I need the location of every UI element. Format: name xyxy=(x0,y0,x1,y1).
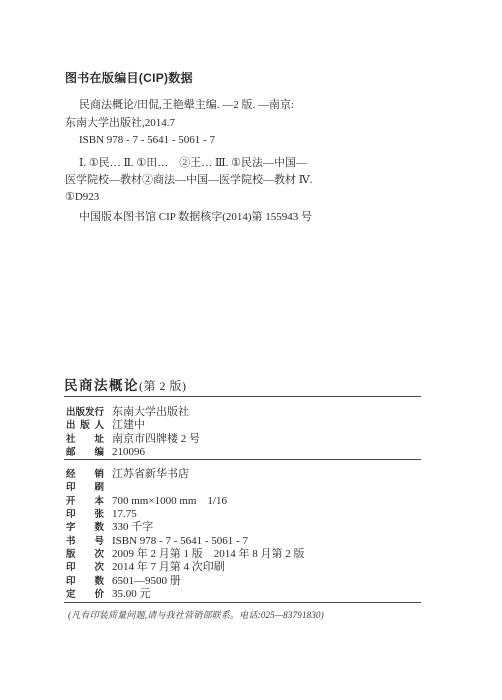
info-value: 17.75 xyxy=(112,508,137,520)
cip-classification-line2: 医学院校—教材②商法—中国—医学院校—教材 Ⅳ. xyxy=(65,172,450,189)
cip-description-line1: 民商法概论/田侃,王艳翚主编. —2 版. —南京: xyxy=(65,97,450,114)
info-row-postcode: 邮编210096 xyxy=(66,444,438,457)
cip-section: 图书在版编目(CIP)数据 民商法概论/田侃,王艳翚主编. —2 版. —南京:… xyxy=(65,70,450,226)
cip-record-number: 中国版本图书馆 CIP 数据核字(2014)第 155943 号 xyxy=(65,209,450,226)
info-row-publisher: 出版发行东南大学出版社 xyxy=(66,404,438,417)
cip-classification-line1: Ⅰ. ①民… Ⅱ. ①田… ②王… Ⅲ. ①民法—中国— xyxy=(65,155,450,172)
divider-bottom xyxy=(64,602,421,603)
info-value: 2009 年 2 月第 1 版 2014 年 8 月第 2 版 xyxy=(112,548,305,560)
copyright-page: 图书在版编目(CIP)数据 民商法概论/田侃,王艳翚主编. —2 版. —南京:… xyxy=(0,0,502,700)
info-row-address: 社址南京市四牌楼 2 号 xyxy=(66,431,438,444)
info-row-distributor: 经销江苏省新华书店 xyxy=(66,466,438,479)
book-title: 民商法概论(第 2 版) xyxy=(64,374,187,395)
info-value: 东南大学出版社 xyxy=(112,406,189,418)
info-value: 江建中 xyxy=(112,419,145,431)
info-row-format: 开本700 mm×1000 mm 1/16 xyxy=(66,493,438,506)
info-value: 700 mm×1000 mm 1/16 xyxy=(112,495,227,507)
book-title-edition: (第 2 版) xyxy=(139,379,187,393)
info-value: 江苏省新华书店 xyxy=(112,468,189,480)
book-title-main: 民商法概论 xyxy=(64,378,139,393)
divider-top xyxy=(64,396,421,397)
info-row-impression: 印次2014 年 7 月第 4 次印刷 xyxy=(66,559,438,572)
publisher-info-group: 出版发行东南大学出版社 出版人江建中 社址南京市四牌楼 2 号 邮编210096 xyxy=(66,404,438,457)
info-row-isbn: 书号ISBN 978 - 7 - 5641 - 5061 - 7 xyxy=(66,533,438,546)
cip-classification-line3: ①D923 xyxy=(65,189,450,206)
info-row-edition: 版次2009 年 2 月第 1 版 2014 年 8 月第 2 版 xyxy=(66,546,438,559)
quality-notice: (凡有印装质量问题,请与我社营销部联系。电话:025—83791830) xyxy=(68,608,324,621)
info-value: 6501—9500 册 xyxy=(112,575,181,587)
info-value: 2014 年 7 月第 4 次印刷 xyxy=(112,561,225,573)
info-label: 邮编 xyxy=(66,446,104,459)
info-value: 330 千字 xyxy=(112,521,153,533)
info-row-price: 定价35.00 元 xyxy=(66,586,438,599)
divider-middle xyxy=(64,459,421,460)
info-value: 南京市四牌楼 2 号 xyxy=(112,433,200,445)
info-value: 210096 xyxy=(112,446,145,458)
cip-description-line2: 东南大学出版社,2014.7 xyxy=(65,115,450,132)
printing-info-group: 经销江苏省新华书店 印刷 开本700 mm×1000 mm 1/16 印张17.… xyxy=(66,466,438,599)
info-row-publisher-person: 出版人江建中 xyxy=(66,417,438,430)
info-value: ISBN 978 - 7 - 5641 - 5061 - 7 xyxy=(112,535,248,547)
info-row-printer: 印刷 xyxy=(66,479,438,492)
info-row-sheets: 印张17.75 xyxy=(66,506,438,519)
info-label: 定价 xyxy=(66,588,104,601)
cip-isbn: ISBN 978 - 7 - 5641 - 5061 - 7 xyxy=(65,132,450,149)
cip-header: 图书在版编目(CIP)数据 xyxy=(65,70,450,87)
info-row-printrun: 印数6501—9500 册 xyxy=(66,573,438,586)
info-value: 35.00 元 xyxy=(112,588,151,600)
info-row-wordcount: 字数330 千字 xyxy=(66,519,438,532)
